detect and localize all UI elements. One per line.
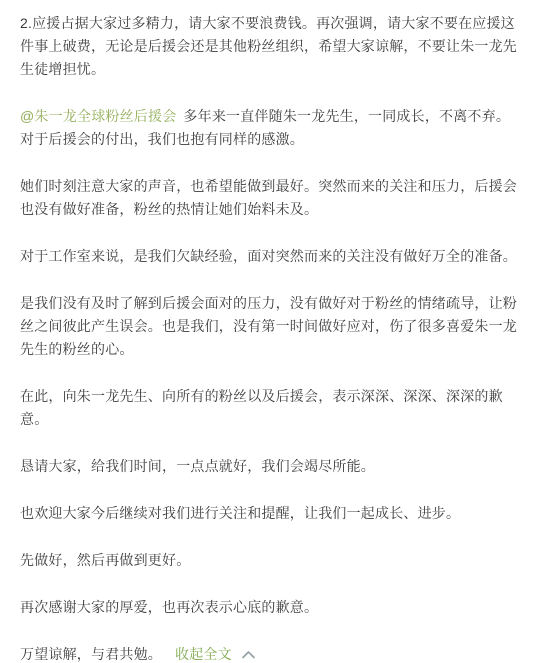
post-paragraph: 2.应援占据大家过多精力，请大家不要浪费钱。再次强调，请大家不要在应援这件事上破…	[20, 12, 524, 81]
mention-link-fanclub[interactable]: @朱一龙全球粉丝后援会	[20, 108, 183, 124]
post-paragraph: 对于工作室来说，是我们欠缺经验，面对突然而来的关注没有做好万全的准备。	[20, 245, 524, 268]
post-paragraph: 恳请大家，给我们时间，一点点就好，我们会竭尽所能。	[20, 455, 524, 478]
collapse-full-text-link[interactable]: 收起全文	[175, 646, 232, 662]
post-paragraph: @朱一龙全球粉丝后援会多年来一直伴随朱一龙先生，一同成长，不离不弃。对于后援会的…	[20, 105, 524, 151]
chevron-up-icon[interactable]	[241, 644, 256, 663]
post-paragraph: 她们时刻注意大家的声音，也希望能做到最好。突然而来的关注和压力，后援会也没有做好…	[20, 175, 524, 221]
post-paragraph: 万望谅解，与君共勉。收起全文	[20, 643, 524, 663]
post-content: 2.应援占据大家过多精力，请大家不要浪费钱。再次强调，请大家不要在应援这件事上破…	[0, 0, 534, 663]
post-paragraph: 是我们没有及时了解到后援会面对的压力，没有做好对于粉丝的情绪疏导，让粉丝之间彼此…	[20, 292, 524, 361]
post-paragraph: 也欢迎大家今后继续对我们进行关注和提醒，让我们一起成长、进步。	[20, 502, 524, 525]
post-paragraph: 再次感谢大家的厚爱，也再次表示心底的歉意。	[20, 596, 524, 619]
post-paragraph: 先做好，然后再做到更好。	[20, 549, 524, 572]
post-paragraph: 在此，向朱一龙先生、向所有的粉丝以及后援会，表示深深、深深、深深的歉意。	[20, 385, 524, 431]
paragraph-text: 万望谅解，与君共勉。	[20, 646, 162, 662]
